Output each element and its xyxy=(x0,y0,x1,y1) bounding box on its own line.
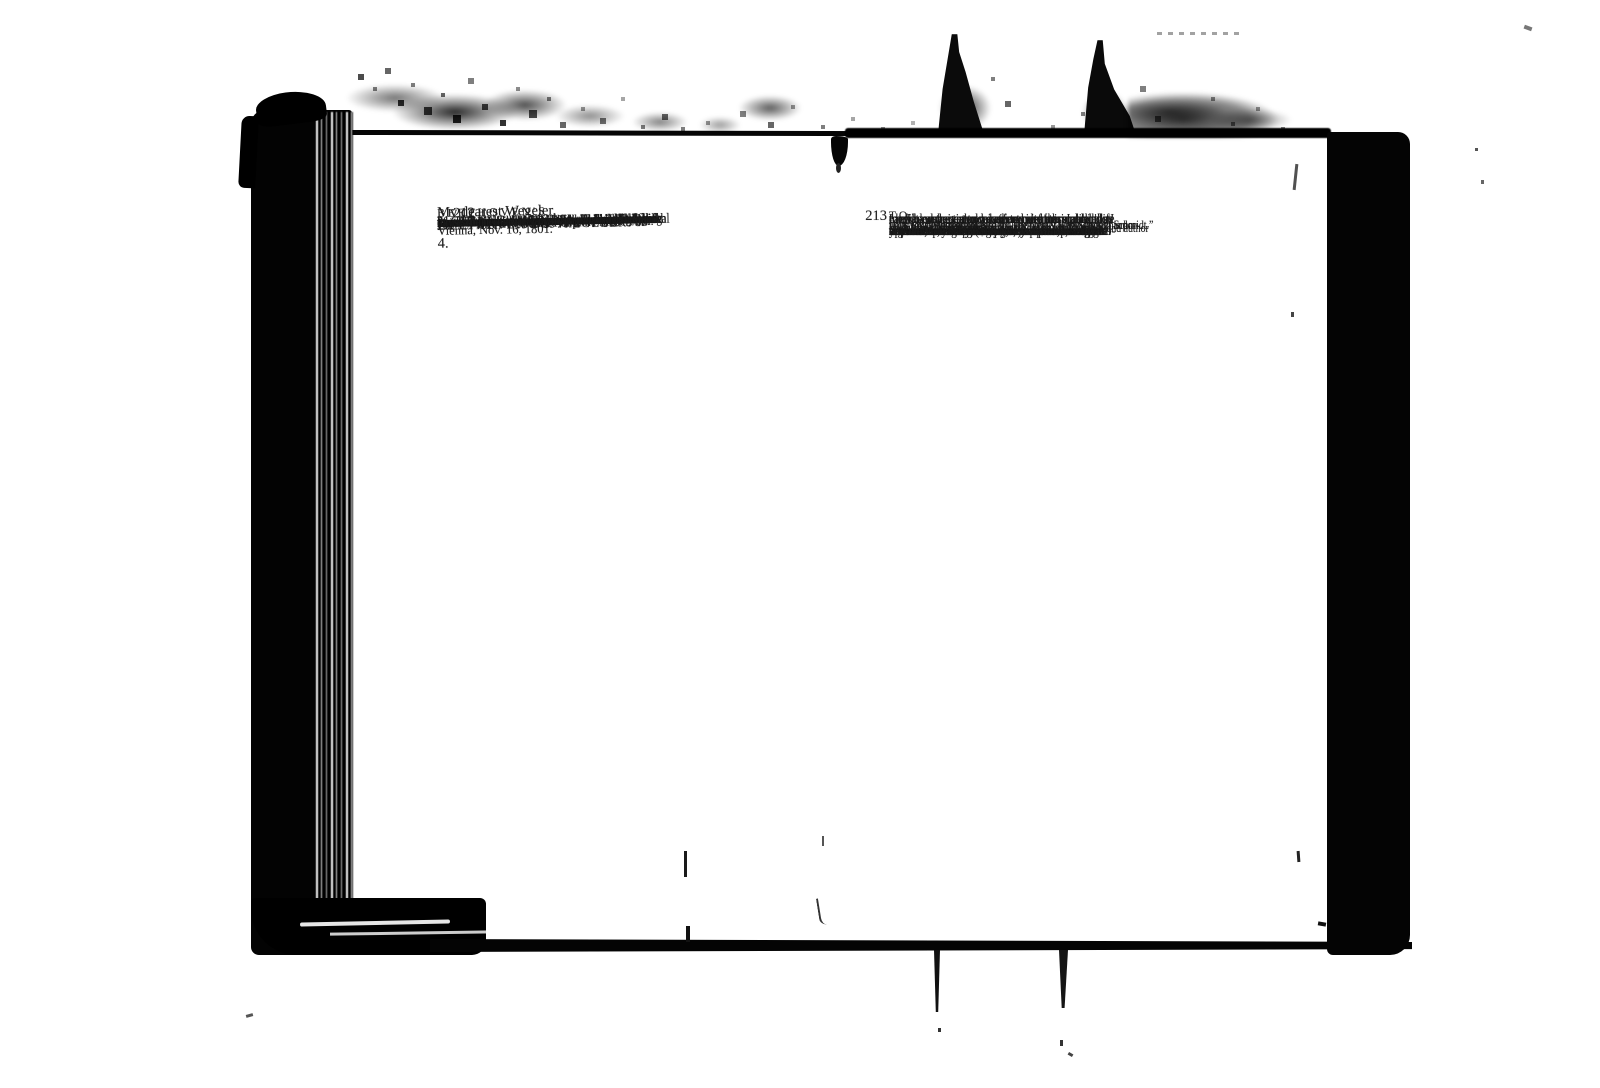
scan-ink-speckles xyxy=(352,58,354,60)
bottom-ink-drip xyxy=(1059,950,1068,1008)
scan-mark xyxy=(1475,148,1478,151)
scan-mark xyxy=(938,1028,941,1032)
book-right-edge xyxy=(1327,132,1410,955)
right-page: TO WEGELER. 213 opposes the shower-bath.… xyxy=(889,210,1199,830)
left-page: 212 BEETHOVEN'S LETTERS 4. Beethoven to … xyxy=(437,202,752,807)
scan-mark xyxy=(1481,180,1484,184)
scan-mark xyxy=(1068,1052,1074,1057)
spine-ink-drip-tail xyxy=(836,163,841,173)
bottom-ink-drip xyxy=(934,950,940,1012)
scan-mark xyxy=(1293,164,1299,190)
scan-mark xyxy=(822,836,824,846)
scan-mark xyxy=(1297,851,1301,862)
scan-mark xyxy=(816,898,827,926)
scan-mark xyxy=(1060,1040,1063,1046)
scan-mark-dashes xyxy=(1157,32,1241,35)
page-number: 213 xyxy=(865,208,887,225)
book-top-edge-line-thick xyxy=(845,128,1331,138)
spine-ink-drip xyxy=(831,136,848,166)
scan-mark xyxy=(1524,25,1533,31)
scan-mark xyxy=(1291,312,1294,317)
scan-mark xyxy=(684,851,687,877)
scan-mark xyxy=(686,926,690,942)
scan-mark xyxy=(246,1013,254,1018)
book-scan-page: 212 BEETHOVEN'S LETTERS 4. Beethoven to … xyxy=(0,0,1600,1088)
scan-mark xyxy=(1318,921,1327,926)
book-bottom-edge-line xyxy=(430,939,1412,952)
book-left-page-edges xyxy=(316,112,353,953)
